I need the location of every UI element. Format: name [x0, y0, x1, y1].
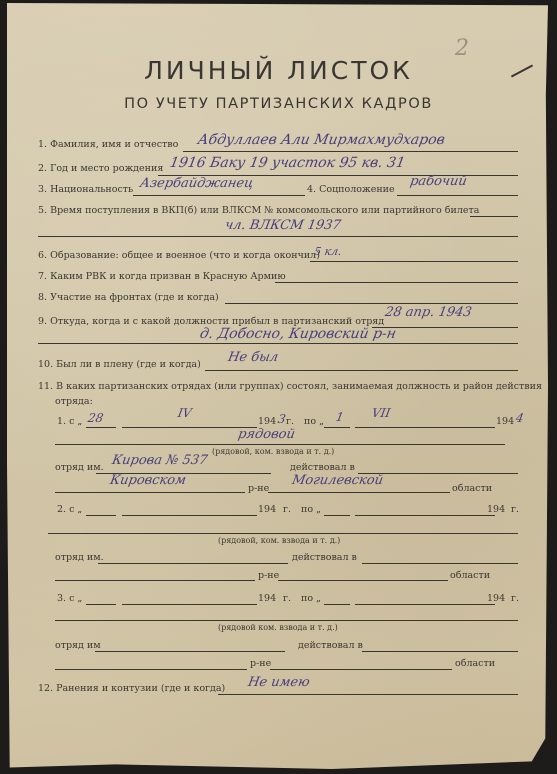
field-9-value-line1[interactable]: 28 апр. 1943: [384, 306, 473, 320]
det2-year-unit: г.: [283, 504, 291, 515]
field-11-label-cont: отряда:: [55, 396, 93, 407]
det1-region-label: области: [452, 483, 492, 494]
det3-acted-line[interactable]: [362, 651, 518, 652]
det2-from-year-prefix: 194: [258, 504, 276, 515]
field-1-label: 1. Фамилия, имя и отчество: [38, 139, 178, 150]
det3-number: 3. с „: [57, 593, 82, 604]
det2-to-year-unit: г.: [511, 504, 519, 515]
det1-district-line: [55, 492, 245, 493]
field-8-line[interactable]: [225, 303, 518, 304]
field-6-label: 6. Образование: общее и военное (что и к…: [38, 250, 320, 261]
det3-to-year-unit: г.: [511, 593, 519, 604]
field-11-label: 11. В каких партизанских отрядах (или гр…: [38, 381, 542, 392]
field-5-value[interactable]: чл. ВЛКСМ 1937: [224, 219, 342, 233]
det3-position-hint: (рядовой ком. взвода и т. д.): [218, 623, 338, 632]
field-7-line[interactable]: [275, 282, 518, 283]
det2-acted-label: действовал в: [292, 552, 357, 563]
det2-otryad-label: отряд им.: [55, 552, 104, 563]
field-5-line-b: [38, 236, 518, 237]
det3-otryad-line[interactable]: [95, 651, 285, 652]
det1-to-day-line: [324, 427, 350, 428]
det1-to-month[interactable]: VII: [371, 406, 392, 420]
det1-year-unit: г.: [286, 416, 294, 427]
det3-to-label: по „: [301, 593, 321, 604]
det1-from-year-prefix: 194: [258, 416, 276, 427]
field-12-label: 12. Ранения и контузии (где и когда): [38, 683, 225, 694]
field-1-line: [183, 151, 518, 152]
field-6-value[interactable]: 5 кл.: [313, 245, 343, 259]
field-10-value[interactable]: Не был: [227, 351, 279, 365]
det1-position-line: [55, 444, 505, 445]
field-3-label: 3. Национальность: [38, 184, 133, 195]
det3-to-year-prefix: 194: [487, 593, 505, 604]
det2-position-line[interactable]: [48, 533, 518, 534]
field-3-line: [133, 195, 305, 196]
det2-acted-line[interactable]: [362, 563, 518, 564]
det2-from-month-line[interactable]: [122, 515, 257, 516]
field-10-line: [205, 370, 518, 371]
document-subtitle: ПО УЧЕТУ ПАРТИЗАНСКИХ КАДРОВ: [0, 96, 557, 112]
det1-district-label: р-не: [248, 483, 269, 494]
field-9-value-line2[interactable]: д. Добосно, Кировский р-н: [199, 327, 397, 341]
field-2-label: 2. Год и место рождения: [38, 163, 163, 174]
det2-to-label: по „: [301, 504, 321, 515]
det1-region[interactable]: Могилевской: [291, 474, 384, 488]
det1-otryad-label: отряд им.: [55, 462, 104, 473]
field-3-value[interactable]: Азербайджанец: [139, 177, 255, 191]
field-10-label: 10. Был ли в плену (где и когда): [38, 359, 201, 370]
field-9-line-b: [38, 343, 518, 344]
det1-position[interactable]: рядовой: [237, 428, 296, 442]
det2-from-day-line[interactable]: [86, 515, 116, 516]
det1-to-month-line: [355, 427, 495, 428]
field-12-value[interactable]: Не имею: [247, 676, 311, 690]
det3-region-label: области: [455, 658, 495, 669]
det2-district-label: р-не: [258, 570, 279, 581]
det1-to-label: по „: [304, 416, 324, 427]
det3-position-line[interactable]: [55, 620, 518, 621]
det1-otryad[interactable]: Кирова № 537: [111, 454, 209, 468]
det1-to-year-prefix: 194: [496, 416, 514, 427]
det2-region-label: области: [450, 570, 490, 581]
field-7-label: 7. Каким РВК и когда призван в Красную А…: [38, 271, 286, 282]
field-1-value[interactable]: Абдуллаев Али Мирмахмудхаров: [197, 133, 446, 147]
det3-year-unit: г.: [283, 593, 291, 604]
det1-from-month-line: [122, 427, 257, 428]
det3-from-month-line[interactable]: [122, 604, 257, 605]
det1-acted-label: действовал в: [290, 462, 355, 473]
det1-from-day-line: [86, 427, 116, 428]
det3-to-day-line[interactable]: [324, 604, 350, 605]
det1-number: 1. с „: [57, 416, 82, 427]
det2-position-hint: (рядовой, ком. взвода и т. д.): [218, 536, 340, 545]
det3-to-month-line[interactable]: [355, 604, 495, 605]
field-2-value[interactable]: 1916 Баку 19 участок 95 кв. 31: [169, 156, 406, 170]
det2-to-month-line[interactable]: [355, 515, 495, 516]
det1-position-hint: (рядовой, ком. взвода и т. д.): [212, 447, 334, 456]
det3-from-day-line[interactable]: [86, 604, 116, 605]
det3-acted-label: действовал в: [298, 640, 363, 651]
det3-district-label: р-не: [250, 658, 271, 669]
det1-from-month[interactable]: IV: [177, 406, 193, 420]
field-5-label: 5. Время поступления в ВКП(б) или ВЛКСМ …: [38, 205, 479, 216]
det3-region-line[interactable]: [270, 669, 452, 670]
det2-number: 2. с „: [57, 504, 82, 515]
det1-district[interactable]: Кировском: [109, 474, 187, 488]
det2-otryad-line[interactable]: [98, 563, 288, 564]
det2-to-day-line[interactable]: [324, 515, 350, 516]
det2-region-line[interactable]: [278, 580, 448, 581]
field-6-line: [310, 261, 518, 262]
document-title: ЛИЧНЫЙ ЛИСТОК: [0, 56, 557, 85]
det3-otryad-label: отряд им: [55, 640, 101, 651]
field-4-label: 4. Соцположение: [307, 184, 395, 195]
field-5-line-a: [470, 216, 518, 217]
det3-district-line[interactable]: [55, 669, 247, 670]
field-8-label: 8. Участие на фронтах (где и когда): [38, 292, 219, 303]
det3-from-year-prefix: 194: [258, 593, 276, 604]
det1-region-line: [268, 492, 450, 493]
field-4-value[interactable]: рабочий: [409, 175, 468, 189]
det2-to-year-prefix: 194: [487, 504, 505, 515]
field-4-line: [397, 195, 518, 196]
det1-from-day[interactable]: 28: [87, 411, 105, 425]
det2-district-line[interactable]: [55, 580, 255, 581]
field-12-line: [218, 694, 518, 695]
